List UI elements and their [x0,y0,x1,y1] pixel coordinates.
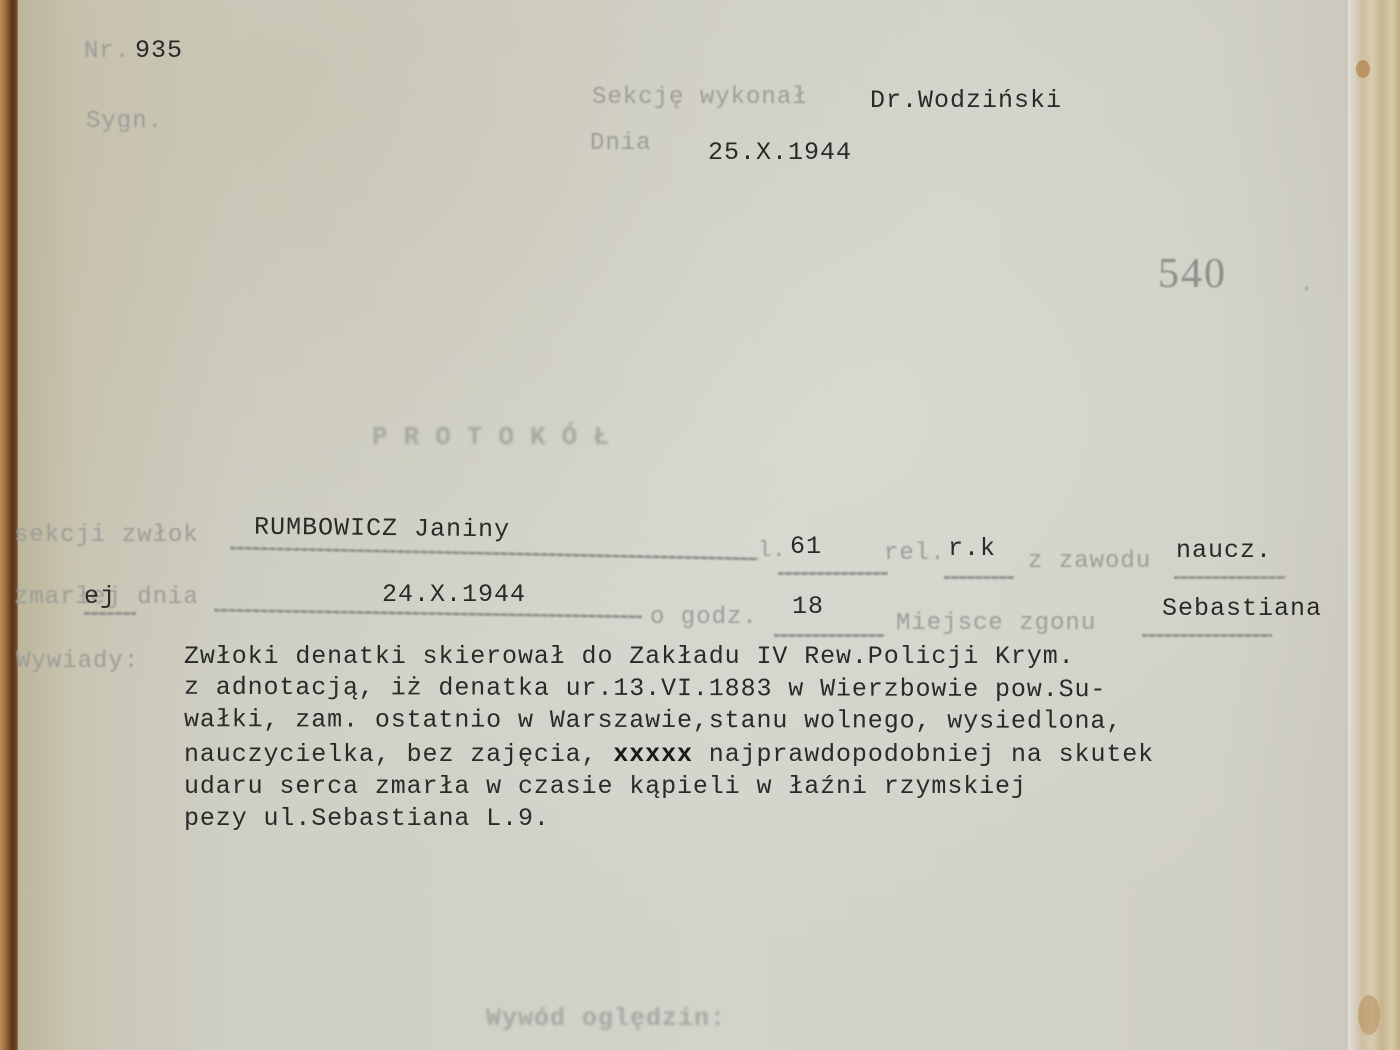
label-subject: sekcji zwłok [14,522,199,549]
struck-out-text: xxxxx [613,740,693,769]
underline-death-date [214,609,642,619]
signature-label: Sygn. [86,108,163,135]
photographed-document: Nr. 935 Sygn. Sekcję wykonał Dr.Wodzińsk… [0,0,1400,1050]
circumstances-line: Zwłoki denatki skierował do Zakładu IV R… [184,642,1075,671]
date-label: Dnia [590,130,652,157]
stain-mark [1358,995,1380,1035]
document-page: Nr. 935 Sygn. Sekcję wykonał Dr.Wodzińsk… [18,0,1348,1050]
circumstances-line: udaru serca zmarła w czasie kąpieli w ła… [184,772,1027,801]
underline-age [778,572,888,575]
underline-profession [1174,576,1286,579]
profession-value: naucz. [1176,536,1272,565]
page-stamp-number: 540 [1158,250,1227,298]
circumstances-label: Wywiady: [16,648,139,675]
place-value: Sebastiana [1162,594,1322,623]
age-value: 61 [790,532,822,561]
underline-place [1142,634,1272,637]
label-profession: z zawodu [1028,548,1151,575]
label-religion: rel. [884,540,946,567]
religion-value: r.k [948,534,996,563]
circumstances-line: nauczycielka, bez zajęcia, xxxxx najpraw… [184,740,1154,769]
underline-hour [774,634,884,637]
circumstances-line: wałki, zam. ostatnio w Warszawie,stanu w… [184,705,1122,736]
performed-by-label: Sekcję wykonał [592,84,808,111]
label-place: Miejsce zgonu [896,610,1096,637]
examination-section-label: Wywód oględzin: [486,1004,726,1033]
line-text-continued: najprawdopodobniej na skutek [693,740,1154,769]
underline-typed-over [84,612,136,615]
deceased-name: RUMBOWICZ Janiny [254,513,510,545]
underline-name [230,546,758,560]
circumstances-line: pezy ul.Sebastiana L.9. [184,804,550,833]
document-number: 935 [135,36,183,65]
document-title: PROTOKÓŁ [372,422,625,452]
label-age: l. [758,538,786,563]
adjacent-page-edges [1348,0,1400,1050]
underline-religion [944,576,1014,579]
label-death-typed-over: ej [84,582,116,611]
protocol-date: 25.X.1944 [708,138,852,167]
performed-by-value: Dr.Wodziński [870,86,1062,115]
label-hour: o godz. [650,604,758,631]
number-label: Nr. [84,38,130,65]
hour-value: 18 [792,592,824,621]
circumstances-line: z adnotacją, iż denatka ur.13.VI.1883 w … [184,673,1106,704]
stamp-dot: . [1300,272,1314,297]
death-date-value: 24.X.1944 [382,580,526,609]
line-text: nauczycielka, bez zajęcia, [184,740,613,769]
stain-mark [1356,60,1370,78]
